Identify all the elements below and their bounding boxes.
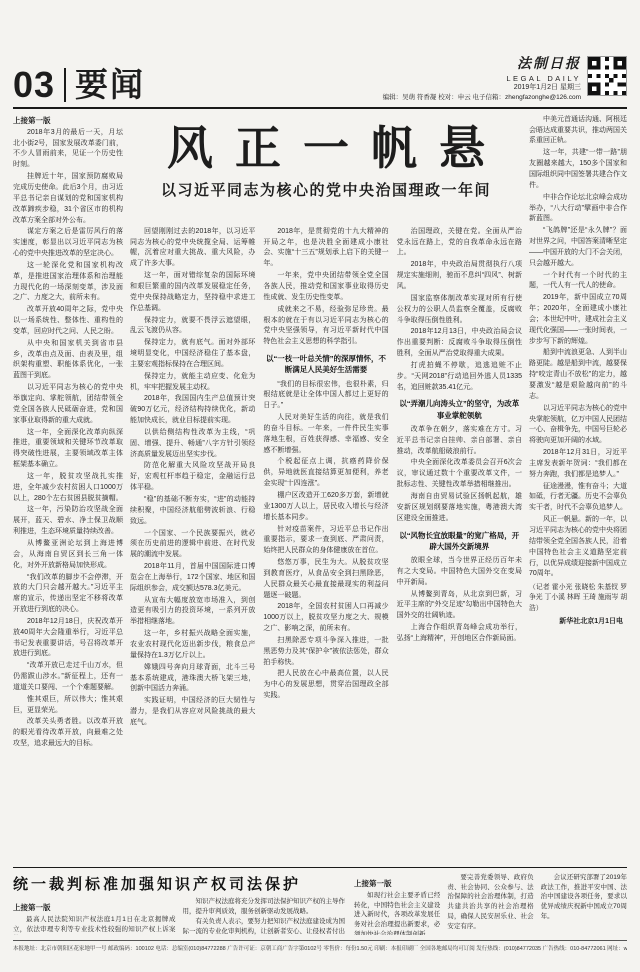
lead-article-right-column: 中美元首通话沟通、阿根廷会晤达成重要共识，推动两国关系重回正轨。这一年，共建“一…	[529, 115, 627, 863]
imprint-footer: 本报地址：北京市朝阳区花家地甲一号 邮政编码：100102 电话：总编室(010…	[13, 940, 627, 952]
bottom-continued-note: 上接第一版	[13, 903, 51, 912]
staff-line: 编辑：吴萌 符香凝 校对：申云 电子信箱：zhengfazonghe@126.c…	[383, 94, 581, 102]
paragraph: 征途漫漫，惟有奋斗；大道如砥，行者无疆。历史不会辜负实干者，时代不会辜负追梦人。	[529, 482, 627, 515]
lead-article-sidebar-column: 上接第一版 2018年3月的最后一天，月坛北小街2号，国家发展改革委门前，不少人…	[13, 115, 123, 863]
paragraph: 这一年，全面深化改革向纵深推进，重要领域和关键环节改革取得突破性进展，主要领域改…	[13, 428, 123, 471]
lead-article: 上接第一版 2018年3月的最后一天，月坛北小街2号，国家发展改革委门前，不少人…	[13, 115, 627, 863]
bottom-continued-article: 上接第一版 如现行社会主要矛盾已经转化，中国特色社会主义建设进入新时代，各项改革…	[354, 873, 627, 935]
headline-block: 风正一帆悬 以习近平同志为核心的党中央治国理政一年间	[130, 115, 522, 219]
paragraph: 从博鳌亚洲论坛到上海进博会，从海南自贸区到长三角一体化，对外开放新格局加快形成。	[13, 539, 123, 572]
column3-paragraphs-pre: 治国理政，关键在党。全面从严治党永远在路上，党的自我革命永远在路上。2018年，…	[397, 227, 522, 394]
paragraph: 这一年，污染防治攻坚战全面展开，蓝天、碧水、净土保卫战顺利推进，生态环境质量持续…	[13, 505, 123, 538]
paragraph: 把人民放在心中最高位置，以人民为中心的发展思想，贯穿治国理政全部实践。	[263, 669, 388, 702]
paragraph: 一年来，党中央团结带领全党全国各族人民，推动党和国家事业取得历史性成就、发生历史…	[263, 271, 388, 304]
paragraph: 挂牌近十年，国家预防腐败局完成历史使命。此后3个月，由习近平总书记亲自谋划的党和…	[13, 172, 123, 226]
xinhua-dateline: 新华社北京1月1日电	[529, 616, 627, 626]
paragraph: 中非合作论坛北京峰会成功举办，“八大行动”擘画中非合作新蓝图。	[529, 193, 627, 226]
paragraph: 放眼全球，当今世界正经历百年未有之大变局。中国特色大国外交在变局中开新局。	[397, 556, 522, 589]
paragraph: 保持定力，就要不畏浮云遮望眼，乱云飞渡仍从容。	[130, 316, 255, 338]
paragraph: 2018年12月31日，习近平主席发表新年贺词：“我们都在努力奔跑，我们都是追梦…	[529, 448, 627, 481]
paragraph: 这一年，面对错综复杂的国际环境和艰巨繁重的国内改革发展稳定任务，党中央保持战略定…	[130, 271, 255, 314]
paragraph: 打虎拍蝇不停歇，追逃追赃不止步。“天网2018”行动追回外逃人员1335名，追回…	[397, 361, 522, 394]
bottom-continued-column-3: 会议还研究部署了2019年政法工作，推进平安中国、法治中国建设各项任务，要求以优…	[541, 873, 627, 935]
bottom-continued-col2-paragraphs: 要完善党委领导、政府负责、社会协同、公众参与、法治保障的社会治理体制，打造共建共…	[447, 873, 533, 932]
sidebar-paragraphs: 2018年3月的最后一天，月坛北小街2号，国家发展改革委门前，不少人冒雨前来，见…	[13, 128, 123, 750]
lead-article-columns: 回望刚刚过去的2018年，以习近平同志为核心的党中央统揽全局、运筹帷幄，沉着应对…	[130, 227, 522, 863]
continued-from-page1-note: 上接第一版	[13, 115, 123, 126]
paragraph: 风正一帆悬。新的一年，以习近平同志为核心的党中央将团结带领全党全国各族人民，沿着…	[529, 515, 627, 580]
paragraph: 针对疫苗案件，习近平总书记作出重要指示，要求一查到底、严肃问责，始终把人民群众的…	[263, 525, 388, 558]
paragraph: 中美元首通话沟通、阿根廷会晤达成重要共识，推动两国关系重回正轨。	[529, 115, 627, 148]
column2-paragraphs-post: “我们的目标很宏伟，也很朴素，归根结底就是让全体中国人都过上更好的日子。”人民对…	[263, 380, 388, 702]
paragraph: 改革关头勇者胜。以改革开放的眼光看待改革开放，向最难之处攻坚，追求最远大的目标。	[13, 717, 123, 750]
paragraph: 2018年11月，首届中国国际进口博览会在上海举行，172个国家、地区和国际组织…	[130, 562, 255, 595]
paragraph: “我们的目标很宏伟，也很朴素，归根结底就是让全体中国人都过上更好的日子。”	[263, 380, 388, 413]
paragraph: 成就来之不易，经验弥足珍贵。最根本的就在于有以习近平同志为核心的党中央坚强领导，…	[263, 305, 388, 348]
bottom-continued-col3-paragraphs: 会议还研究部署了2019年政法工作，推进平安中国、法治中国建设各项任务，要求以优…	[541, 873, 627, 922]
reporter-credits: （记者 霍小光 张晓松 朱基钗 罗争光 丁小溪 林晖 王琦 施雨岑 胡浩）	[529, 583, 627, 614]
paragraph: 2019年，新中国成立70周年；2020年，全面建成小康社会；本世纪中叶，建成社…	[529, 293, 627, 347]
bottom-article-column-2: 知识产权法庭将充分发挥司法保护知识产权的主导作用，提升审判质效，服务创新驱动发展…	[183, 897, 346, 935]
paragraph: 悠悠万事，民生为大。从脱贫攻坚到教育医疗，从食品安全到扫黑除恶，人民群众最关心最…	[263, 558, 388, 601]
paragraph: 一个时代有一个时代的主题，一代人有一代人的使命。	[529, 271, 627, 293]
paragraph: 保持定力，就有底气。面对外部环境明显变化，中国经济稳住了基本盘，主要宏观指标保持…	[130, 338, 255, 371]
page-header: 03 要闻 法制日报 LEGAL DAILY 2019年1月2日 星期三 编辑：…	[13, 56, 627, 109]
paragraph: “改革开放已走过千山万水，但仍需跋山涉水。”新征程上，还有一道道关口要闯、一个个…	[13, 661, 123, 694]
column3-paragraphs-mid: 改革争在朝夕，落实难在方寸。习近平总书记亲自挂帅、亲自部署、亲自推动，改革航船破…	[397, 425, 522, 525]
paragraph: 改革争在朝夕，落实难在方寸。习近平总书记亲自挂帅、亲自部署、亲自推动，改革航船破…	[397, 425, 522, 458]
paragraph: 这一轮深化党和国家机构改革，是推进国家治理体系和治理能力现代化的一场深刻变革，涉…	[13, 261, 123, 304]
bottom-article-col2-paragraphs: 知识产权法庭将充分发挥司法保护知识产权的主导作用，提升审判质效，服务创新驱动发展…	[183, 897, 346, 935]
column3-paragraphs-post: 放眼全球，当今世界正经历百年未有之大变局。中国特色大国外交在变局中开新局。从博鳌…	[397, 556, 522, 645]
paragraph: 从中央和国家机关到省市县乡，改革由点及面、由表及里，组织架构重塑、职能体系优化，…	[13, 339, 123, 382]
paragraph: 如现行社会主要矛盾已经转化，中国特色社会主义建设进入新时代，各项改革发展任务对社…	[354, 891, 440, 935]
paragraph: 治国理政，关键在党。全面从严治党永远在路上，党的自我革命永远在路上。	[397, 227, 522, 260]
lead-article-center: 风正一帆悬 以习近平同志为核心的党中央治国理政一年间 回望刚刚过去的2018年，…	[130, 115, 522, 863]
paragraph: 改革开放40周年之际，党中央以一场系统性、整体性、重构性的变革，回应时代之问、人…	[13, 305, 123, 338]
paragraph: 知识产权法庭将充分发挥司法保护知识产权的主导作用，提升审判质效，服务创新驱动发展…	[183, 897, 346, 917]
paragraph: 有关负责人表示，要努力把知识产权法庭建设成为国际一流的专业化审判机构，让创新者安…	[183, 917, 346, 935]
paragraph: “我们改革的脚步不会停滞，开放的大门只会越开越大。”习近平主席的宣示，传递出坚定…	[13, 573, 123, 616]
paragraph: 从宣布大幅度放宽市场准入，到创造更有吸引力的投资环境，一系列开放举措相继落地。	[130, 596, 255, 629]
paragraph: 最高人民法院知识产权法庭1月1日在北京揭牌成立，依法审理专利等专业技术性较强的知…	[13, 915, 176, 935]
bottom-continued-col1-paragraphs: 如现行社会主要矛盾已经转化，中国特色社会主义建设进入新时代，各项改革发展任务对社…	[354, 891, 440, 935]
paragraph: 以习近平同志为核心的党中央举旗定向、掌舵领航，团结带领全党全国各族人民砥砺奋进，…	[13, 383, 123, 426]
paragraph: 以习近平同志为核心的党中央掌舵领航，亿万中国人民团结一心、奋楫争先，中国号巨轮必…	[529, 404, 627, 447]
paragraph: 以供给侧结构性改革为主线，“巩固、增强、提升、畅通”八字方针引领经济高质量发展迈…	[130, 428, 255, 461]
masthead-meta: 法制日报 LEGAL DAILY 2019年1月2日 星期三 编辑：吴萌 符香凝…	[383, 56, 581, 102]
main-subheadline: 以习近平同志为核心的党中央治国理政一年间	[130, 179, 522, 200]
paragraph: 人民对美好生活的向往，就是我们的奋斗目标。一年来，一件件民生实事落地生根，百姓获…	[263, 413, 388, 456]
paper-name-en: LEGAL DAILY	[383, 74, 581, 83]
bottom-article: 统一裁判标准加强知识产权司法保护 上接第一版 最高人民法院知识产权法庭1月1日在…	[13, 873, 345, 935]
section-subhead-2: 以“弄潮儿向涛头立”的坚守，为改革事业掌舵领航	[399, 398, 520, 421]
column2-paragraphs-pre: 2018年，是贯彻党的十九大精神的开局之年，也是决胜全面建成小康社会、实施“十三…	[263, 227, 388, 348]
bottom-continued-note-2: 上接第一版	[354, 879, 392, 888]
paragraph: 这一年，乡村振兴战略全面实施，农业农村现代化迈出新步伐，粮食总产量保持在1.3万…	[130, 629, 255, 662]
paragraph: 2018年12月18日，庆祝改革开放40周年大会隆重举行，习近平总书记发表重要讲…	[13, 617, 123, 660]
bottom-article-column-1: 上接第一版 最高人民法院知识产权法庭1月1日在北京揭牌成立，依法审理专利等专业技…	[13, 897, 176, 935]
article-column-2: 2018年，是贯彻党的十九大精神的开局之年，也是决胜全面建成小康社会、实施“十三…	[263, 227, 388, 863]
paragraph: “飞鸽牌”还是“永久牌”？面对世界之问，中国答案清晰坚定——中国开放的大门不会关…	[529, 226, 627, 269]
bottom-continued-column-1: 上接第一版 如现行社会主要矛盾已经转化，中国特色社会主义建设进入新时代，各项改革…	[354, 873, 440, 935]
bottom-article-headline: 统一裁判标准加强知识产权司法保护	[13, 873, 345, 894]
paragraph: 个税起征点上调，抗癌药降价保供，异地就医直接结算更加便利，养老金实现“十四连涨”…	[263, 457, 388, 490]
paragraph: 国家监察体制改革实现对所有行使公权力的公职人员监察全覆盖，反腐败斗争取得压倒性胜…	[397, 294, 522, 327]
bottom-article-col1-paragraphs: 最高人民法院知识产权法庭1月1日在北京揭牌成立，依法审理专利等专业技术性较强的知…	[13, 915, 176, 935]
paragraph: 2018年，我国国内生产总值预计突破90万亿元，经济结构持续优化，新动能加快成长…	[130, 394, 255, 427]
paragraph: 嫦娥四号奔向月球背面，北斗三号基本系统建成，港珠澳大桥飞架三地，创新中国活力奔涌…	[130, 663, 255, 696]
paragraph: 一个国家、一个民族要振兴，就必须在历史前进的逻辑中前进、在时代发展的潮流中发展。	[130, 529, 255, 562]
section-title: 要闻	[75, 69, 145, 100]
paragraph: 从博鳌到青岛，从北京到巴新，习近平主席的“外交足迹”勾勒出中国特色大国外交的壮阔…	[397, 590, 522, 623]
bottom-article-columns: 上接第一版 最高人民法院知识产权法庭1月1日在北京揭牌成立，依法审理专利等专业技…	[13, 897, 345, 935]
header-divider	[64, 68, 66, 102]
paragraph: 回望刚刚过去的2018年，以习近平同志为核心的党中央统揽全局、运筹帷幄，沉着应对…	[130, 227, 255, 270]
paragraph: 保持定力，就能主动应变、化危为机，牢牢把握发展主动权。	[130, 372, 255, 394]
bottom-continued-column-2: 要完善党委领导、政府负责、社会协同、公众参与、法治保障的社会治理体制，打造共建共…	[447, 873, 533, 935]
article-column-1: 回望刚刚过去的2018年，以习近平同志为核心的党中央统揽全局、运筹帷幄，沉着应对…	[130, 227, 255, 863]
qr-code-icon	[587, 56, 627, 96]
column1-paragraphs: 回望刚刚过去的2018年，以习近平同志为核心的党中央统揽全局、运筹帷幄，沉着应对…	[130, 227, 255, 729]
page-number-block: 03 要闻	[13, 68, 145, 102]
paragraph: 这一年，脱贫攻坚战扎实推进，全年减少农村贫困人口1000万以上，280个左右贫困…	[13, 472, 123, 505]
paragraph: 2018年12月13日，中央政治局会议作出重要判断：反腐败斗争取得压倒性胜利，全…	[397, 327, 522, 360]
paragraph: 2018年3月的最后一天，月坛北小街2号，国家发展改革委门前，不少人冒雨前来，见…	[13, 128, 123, 171]
paragraph: 实践证明，中国经济的巨大韧性与潜力，是我们从容应对风险挑战的最大底气。	[130, 696, 255, 729]
paragraph: 会议还研究部署了2019年政法工作，推进平安中国、法治中国建设各项任务，要求以优…	[541, 873, 627, 922]
article-column-3: 治国理政，关键在党。全面从严治党永远在路上，党的自我革命永远在路上。2018年，…	[397, 227, 522, 863]
paragraph: 2018年，是贯彻党的十九大精神的开局之年，也是决胜全面建成小康社会、实施“十三…	[263, 227, 388, 270]
section-subhead-3: 以“风物长宜放眼量”的宽广格局，开辟大国外交新境界	[399, 530, 520, 553]
paragraph: 扫黑除恶专项斗争深入推进，一批黑恶势力及其“保护伞”被依法惩处，群众拍手称快。	[263, 636, 388, 669]
main-headline: 风正一帆悬	[152, 125, 522, 171]
masthead-block: 法制日报 LEGAL DAILY 2019年1月2日 星期三 编辑：吴萌 符香凝…	[383, 56, 627, 102]
page-number: 03	[13, 69, 55, 101]
paragraph: 船到中流浪更急、人到半山路更陡。越是船到中流，越要保持“咬定青山不放松”的定力，…	[529, 348, 627, 402]
paragraph: 中央全面深化改革委员会召开6次会议，审议通过数十个重要改革文件，一批标志性、关键…	[397, 458, 522, 491]
date-line: 2019年1月2日 星期三	[383, 84, 581, 93]
paragraph: 谋定方案之后是雷厉风行的落实速度，彰显出以习近平同志为核心的党中央推进改革的坚定…	[13, 227, 123, 260]
section-subhead-1: 以“一枝一叶总关情”的深厚情怀，不断满足人民美好生活需要	[265, 353, 386, 376]
newspaper-page: 03 要闻 法制日报 LEGAL DAILY 2019年1月2日 星期三 编辑：…	[0, 0, 640, 972]
paragraph: “稳”的基础不断夯实，“进”的动能持续积聚，中国经济航船劈波斩浪、行稳致远。	[130, 495, 255, 528]
right-column-paragraphs: 中美元首通话沟通、阿根廷会晤达成重要共识，推动两国关系重回正轨。这一年，共建“一…	[529, 115, 627, 580]
paragraph: 海南自由贸易试验区扬帆起航，雄安新区规划纲要落地实施，粤港澳大湾区建设全面推进。	[397, 492, 522, 525]
paragraph: 2018年，中央政治局贯彻执行八项规定实施细则，驰而不息纠“四风”、树新风。	[397, 260, 522, 293]
paragraph: 防范化解重大风险攻坚战开局良好，宏观杠杆率趋于稳定，金融运行总体平稳。	[130, 461, 255, 494]
paper-name: 法制日报	[383, 56, 581, 74]
paragraph: 上海合作组织青岛峰会成功举行，弘扬“上海精神”，开创地区合作新局面。	[397, 623, 522, 645]
paragraph: 这一年，共建“一带一路”朋友圈越来越大，150多个国家和国际组织同中国签署共建合…	[529, 148, 627, 191]
bottom-section: 统一裁判标准加强知识产权司法保护 上接第一版 最高人民法院知识产权法庭1月1日在…	[13, 867, 627, 935]
paragraph: 要完善党委领导、政府负责、社会协同、公众参与、法治保障的社会治理体制，打造共建共…	[447, 873, 533, 932]
paragraph: 惟其艰巨，所以伟大；惟其艰巨，更显荣光。	[13, 695, 123, 717]
paragraph: 2018年，全国农村贫困人口再减少1000万以上，脱贫攻坚力度之大、规模之广、影…	[263, 602, 388, 635]
paragraph: 棚户区改造开工620多万套，新增就业1300万人以上，居民收入增长与经济增长基本…	[263, 491, 388, 524]
